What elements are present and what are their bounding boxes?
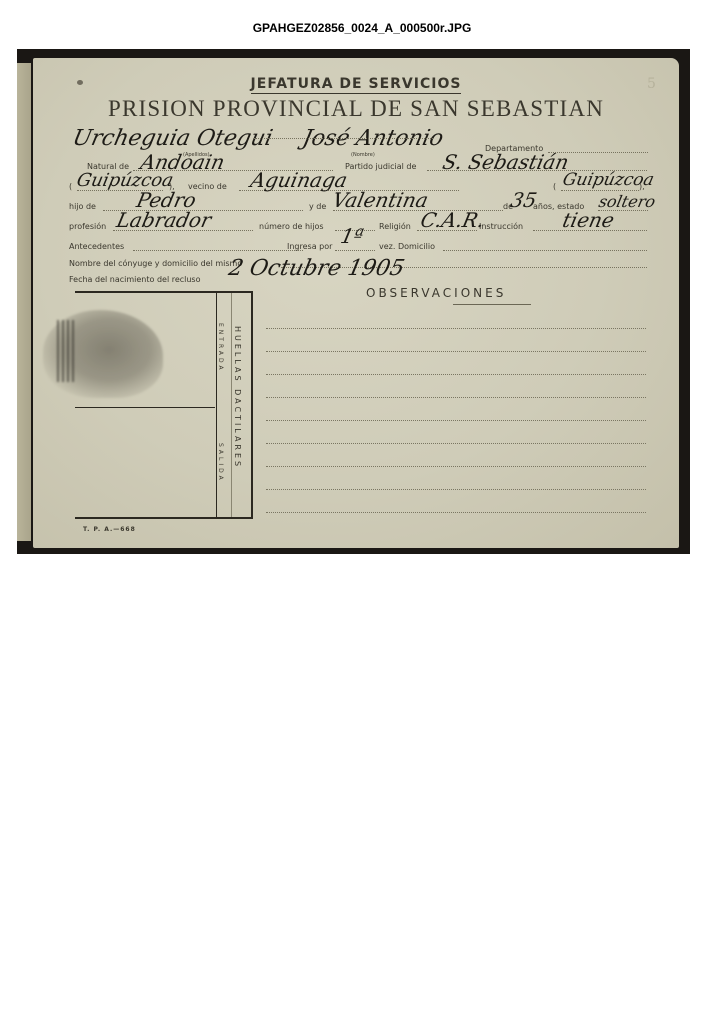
surname-value: Urcheguia Otegui <box>70 126 274 151</box>
entrada-label: ENTRADA <box>217 323 224 373</box>
observaciones-underline <box>453 304 531 305</box>
fecha-nacimiento-value: 2 Octubre 1905 <box>226 256 406 281</box>
observaciones-line <box>266 328 646 329</box>
profesion-label: profesión <box>69 222 106 231</box>
profesion-value: Labrador <box>114 208 213 232</box>
religion-value: C.A.R. <box>418 208 486 232</box>
vecino-province-line <box>561 190 639 191</box>
ingresa-por-line <box>335 250 375 251</box>
header-prison-name: PRISION PROVINCIAL DE SAN SEBASTIAN <box>33 96 679 122</box>
fingerprint-box-top <box>75 291 253 293</box>
observaciones-line <box>266 466 646 467</box>
instruccion-label: Instrucción <box>479 222 523 231</box>
domicilio-line <box>443 250 647 251</box>
observaciones-line <box>266 420 646 421</box>
surname-line <box>253 138 433 139</box>
y-de-label: y de <box>309 202 326 211</box>
fingerprint-box-bottom <box>75 517 253 519</box>
observaciones-title: OBSERVACIONES <box>366 286 506 300</box>
religion-label: Religión <box>379 222 411 231</box>
partido-judicial-label: Partido judicial de <box>345 162 416 171</box>
vez-domicilio-label: vez. Domicilio <box>379 242 435 251</box>
conyuge-label: Nombre del cónyuge y domicilio del mismo <box>69 259 242 268</box>
observaciones-line <box>266 443 646 444</box>
fingerprint-divider <box>75 407 215 408</box>
mother-value: Valentina <box>330 188 430 212</box>
vecino-province-close: ), <box>639 182 645 191</box>
observaciones-line <box>266 351 646 352</box>
adjacent-card-edge <box>17 63 31 541</box>
observaciones-line <box>266 512 646 513</box>
salida-label: SALIDA <box>217 443 224 483</box>
province-open: ( <box>69 182 72 191</box>
antecedentes-label: Antecedentes <box>69 242 124 251</box>
prison-record-card: 5 JEFATURA DE SERVICIOS PRISION PROVINCI… <box>33 58 679 548</box>
huellas-dactilares-title: HUELLAS DACTILARES <box>233 326 242 469</box>
ingresa-por-value: 1ª <box>338 224 365 248</box>
fingerprint-gray-rule <box>231 293 232 517</box>
antecedentes-line <box>133 250 303 251</box>
form-code: T. P. A.—668 <box>83 526 136 533</box>
ingresa-por-label: Ingresa por <box>287 242 332 251</box>
vecino-province-open: ( <box>553 182 556 191</box>
numero-hijos-label: número de hijos <box>259 222 324 231</box>
observaciones-line <box>266 397 646 398</box>
file-title: GPAHGEZ02856_0024_A_000500r.JPG <box>0 21 724 35</box>
fingerprint-entrada-impression <box>43 310 163 398</box>
header-jefatura-text: JEFATURA DE SERVICIOS <box>251 76 462 94</box>
observaciones-line <box>266 374 646 375</box>
given-name-label: (Nombre) <box>351 152 375 158</box>
header-jefatura: JEFATURA DE SERVICIOS <box>33 76 679 92</box>
hijo-de-label: hijo de <box>69 202 96 211</box>
fingerprint-box-right <box>251 291 253 519</box>
observaciones-line <box>266 489 646 490</box>
instruccion-value: tiene <box>560 208 616 232</box>
fecha-nacimiento-label: Fecha del nacimiento del recluso <box>69 275 201 284</box>
partido-judicial-value: S. Sebastián <box>440 150 571 174</box>
